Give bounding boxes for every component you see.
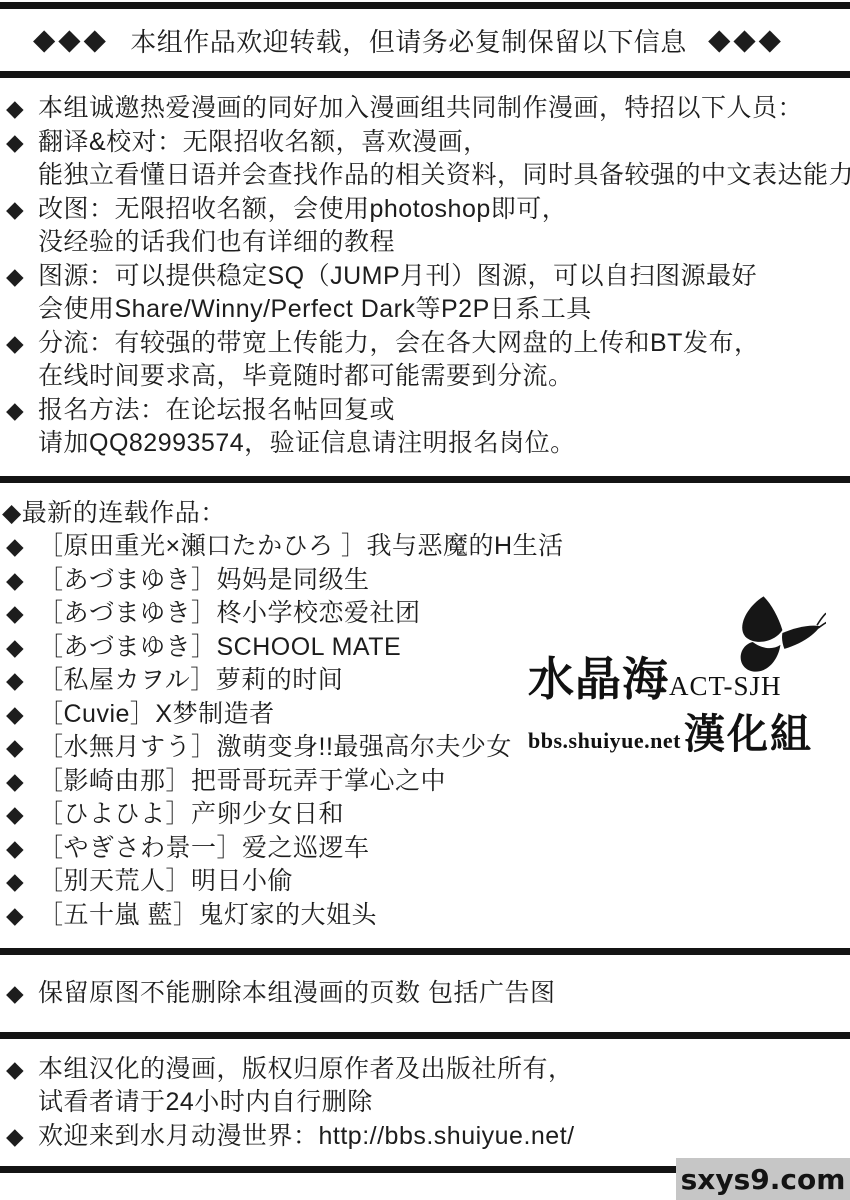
recruitment-line-text: 会使用Share/Winny/Perfect Dark等P2P日系工具 bbox=[38, 293, 842, 327]
divider-top bbox=[0, 2, 850, 9]
copyright-line: ◆ 欢迎来到水月动漫世界：http://bbs.shuiyue.net/ bbox=[6, 1120, 842, 1154]
divider-after-recruitment bbox=[0, 476, 850, 483]
work-item-text: ［五十嵐 藍］鬼灯家的大姐头 bbox=[38, 899, 842, 933]
keep-notice-text: 保留原图不能删除本组漫画的页数 包括广告图 bbox=[38, 977, 842, 1011]
recruitment-line: 在线时间要求高，毕竟随时都可能需要到分流。 bbox=[6, 360, 842, 394]
diamond-bullet-icon bbox=[6, 360, 38, 394]
diamond-bullet-icon: ◆ bbox=[6, 1120, 38, 1154]
recruitment-line-text: 改图：无限招收名额，会使用photoshop即可， bbox=[38, 193, 842, 227]
diamond-bullet-icon: ◆ bbox=[6, 899, 38, 933]
logo-subtitle-row: bbs.shuiyue.net 漢化組 bbox=[528, 701, 818, 760]
divider-bottom bbox=[0, 1166, 680, 1173]
diamond-bullet-icon: ◆ bbox=[6, 92, 38, 126]
recruitment-line: 没经验的话我们也有详细的教程 bbox=[6, 226, 842, 260]
diamond-bullet-icon: ◆ bbox=[6, 1053, 38, 1087]
copyright-line-text: 欢迎来到水月动漫世界：http://bbs.shuiyue.net/ bbox=[38, 1120, 842, 1154]
works-section: ◆最新的连载作品： ◆ ［原田重光×瀬口たかひろ ］我与恶魔的H生活 ◆ ［あづ… bbox=[0, 483, 850, 949]
diamond-bullet-icon: ◆ bbox=[6, 832, 38, 866]
work-item-text: ［あづまゆき］妈妈是同级生 bbox=[38, 564, 842, 598]
group-logo: 水晶海 ACT-SJH bbs.shuiyue.net 漢化組 bbox=[528, 643, 818, 760]
page-title: 本组作品欢迎转载，但请务必复制保留以下信息 bbox=[109, 22, 708, 59]
recruitment-line: ◆ 分流：有较强的带宽上传能力，会在各大网盘的上传和BT发布， bbox=[6, 327, 842, 361]
diamond-bullet-icon: ◆ bbox=[6, 260, 38, 294]
recruitment-line-text: 本组诚邀热爱漫画的同好加入漫画组共同制作漫画，特招以下人员： bbox=[38, 92, 842, 126]
work-item: ◆ ［ひよひよ］产卵少女日和 bbox=[2, 798, 842, 832]
diamond-bullet-icon: ◆ bbox=[6, 597, 38, 631]
work-item-text: ［ひよひよ］产卵少女日和 bbox=[38, 798, 842, 832]
diamond-bullet-icon: ◆ bbox=[6, 193, 38, 227]
recruitment-line-text: 图源：可以提供稳定SQ（JUMP月刊）图源，可以自扫图源最好 bbox=[38, 260, 842, 294]
recruitment-line: 能独立看懂日语并会查找作品的相关资料，同时具备较强的中文表达能力。 bbox=[6, 159, 842, 193]
work-item-text: ［やぎさわ景一］爱之巡逻车 bbox=[38, 832, 842, 866]
recruitment-line-text: 报名方法：在论坛报名帖回复或 bbox=[38, 394, 842, 428]
diamond-bullet-icon: ◆ bbox=[6, 798, 38, 832]
divider-after-works bbox=[0, 948, 850, 955]
diamond-bullet-icon: ◆ bbox=[6, 327, 38, 361]
divider-header-bottom bbox=[0, 71, 850, 78]
diamond-bullet-icon: ◆ bbox=[6, 977, 38, 1011]
diamond-bullet-icon: ◆ bbox=[6, 698, 38, 732]
recruitment-line-text: 请加QQ82993574，验证信息请注明报名岗位。 bbox=[38, 427, 842, 461]
copyright-line: ◆ 本组汉化的漫画，版权归原作者及出版社所有， bbox=[6, 1053, 842, 1087]
work-item: ◆ ［あづまゆき］柊小学校恋爱社团 bbox=[2, 597, 842, 631]
diamond-bullet-icon: ◆ bbox=[6, 631, 38, 665]
scanlation-credits-page: ◆◆◆ 本组作品欢迎转载，但请务必复制保留以下信息 ◆◆◆ ◆ 本组诚邀热爱漫画… bbox=[0, 0, 850, 1200]
works-heading: ◆最新的连载作品： bbox=[2, 497, 842, 531]
recruitment-line-text: 在线时间要求高，毕竟随时都可能需要到分流。 bbox=[38, 360, 842, 394]
diamond-bullet-icon bbox=[6, 427, 38, 461]
recruitment-line-text: 分流：有较强的带宽上传能力，会在各大网盘的上传和BT发布， bbox=[38, 327, 842, 361]
recruitment-line: ◆ 改图：无限招收名额，会使用photoshop即可， bbox=[6, 193, 842, 227]
recruitment-line: ◆ 报名方法：在论坛报名帖回复或 bbox=[6, 394, 842, 428]
diamond-bullet-icon: ◆ bbox=[6, 731, 38, 765]
work-item: ◆ ［あづまゆき］妈妈是同级生 bbox=[2, 564, 842, 598]
recruitment-section: ◆ 本组诚邀热爱漫画的同好加入漫画组共同制作漫画，特招以下人员： ◆ 翻译&校对… bbox=[0, 78, 850, 476]
work-item: ◆ ［影崎由那］把哥哥玩弄于掌心之中 bbox=[2, 765, 842, 799]
diamond-bullet-icon: ◆ bbox=[6, 394, 38, 428]
diamond-bullet-icon bbox=[6, 226, 38, 260]
work-item: ◆ ［别天荒人］明日小偷 bbox=[2, 865, 842, 899]
copyright-line: 试看者请于24小时内自行删除 bbox=[6, 1086, 842, 1120]
recruitment-line: 会使用Share/Winny/Perfect Dark等P2P日系工具 bbox=[6, 293, 842, 327]
work-item: ◆ ［原田重光×瀬口たかひろ ］我与恶魔的H生活 bbox=[2, 530, 842, 564]
copyright-section: ◆ 本组汉化的漫画，版权归原作者及出版社所有， 试看者请于24小时内自行删除 ◆… bbox=[0, 1039, 850, 1154]
recruitment-line: ◆ 本组诚邀热爱漫画的同好加入漫画组共同制作漫画，特招以下人员： bbox=[6, 92, 842, 126]
diamonds-left-icon: ◆◆◆ bbox=[33, 26, 109, 55]
recruitment-line-text: 没经验的话我们也有详细的教程 bbox=[38, 226, 842, 260]
recruitment-line: ◆ 翻译&校对：无限招收名额，喜欢漫画， bbox=[6, 126, 842, 160]
keep-notice-line: ◆ 保留原图不能删除本组漫画的页数 包括广告图 bbox=[6, 977, 842, 1011]
divider-after-notice bbox=[0, 1032, 850, 1039]
work-item: ◆ ［五十嵐 藍］鬼灯家的大姐头 bbox=[2, 899, 842, 933]
logo-group-name-cn: 水晶海 bbox=[528, 643, 669, 709]
work-item-text: ［原田重光×瀬口たかひろ ］我与恶魔的H生活 bbox=[38, 530, 842, 564]
diamond-bullet-icon: ◆ bbox=[6, 564, 38, 598]
watermark-text: sxys9.com bbox=[681, 1163, 846, 1196]
recruitment-line: ◆ 图源：可以提供稳定SQ（JUMP月刊）图源，可以自扫图源最好 bbox=[6, 260, 842, 294]
recruitment-line: 请加QQ82993574，验证信息请注明报名岗位。 bbox=[6, 427, 842, 461]
work-item-text: ［别天荒人］明日小偷 bbox=[38, 865, 842, 899]
copyright-line-text: 本组汉化的漫画，版权归原作者及出版社所有， bbox=[38, 1053, 842, 1087]
header-banner: ◆◆◆ 本组作品欢迎转载，但请务必复制保留以下信息 ◆◆◆ bbox=[0, 9, 850, 71]
diamond-bullet-icon bbox=[6, 1086, 38, 1120]
diamond-bullet-icon: ◆ bbox=[6, 126, 38, 160]
butterfly-icon bbox=[722, 595, 826, 681]
diamond-bullet-icon: ◆ bbox=[6, 530, 38, 564]
logo-site-url: bbs.shuiyue.net bbox=[528, 728, 681, 754]
diamond-bullet-icon: ◆ bbox=[6, 664, 38, 698]
site-watermark: sxys9.com bbox=[676, 1158, 850, 1200]
diamond-bullet-icon: ◆ bbox=[6, 765, 38, 799]
diamond-bullet-icon bbox=[6, 293, 38, 327]
copyright-line-text: 试看者请于24小时内自行删除 bbox=[38, 1086, 842, 1120]
keep-pages-notice-section: ◆ 保留原图不能删除本组漫画的页数 包括广告图 bbox=[0, 955, 850, 1032]
recruitment-line-text: 能独立看懂日语并会查找作品的相关资料，同时具备较强的中文表达能力。 bbox=[38, 159, 850, 193]
work-item: ◆ ［やぎさわ景一］爱之巡逻车 bbox=[2, 832, 842, 866]
diamond-bullet-icon bbox=[6, 159, 38, 193]
logo-group-suffix: 漢化組 bbox=[684, 701, 813, 760]
recruitment-line-text: 翻译&校对：无限招收名额，喜欢漫画， bbox=[38, 126, 842, 160]
diamonds-right-icon: ◆◆◆ bbox=[708, 26, 784, 55]
diamond-bullet-icon: ◆ bbox=[6, 865, 38, 899]
work-item-text: ［影崎由那］把哥哥玩弄于掌心之中 bbox=[38, 765, 842, 799]
